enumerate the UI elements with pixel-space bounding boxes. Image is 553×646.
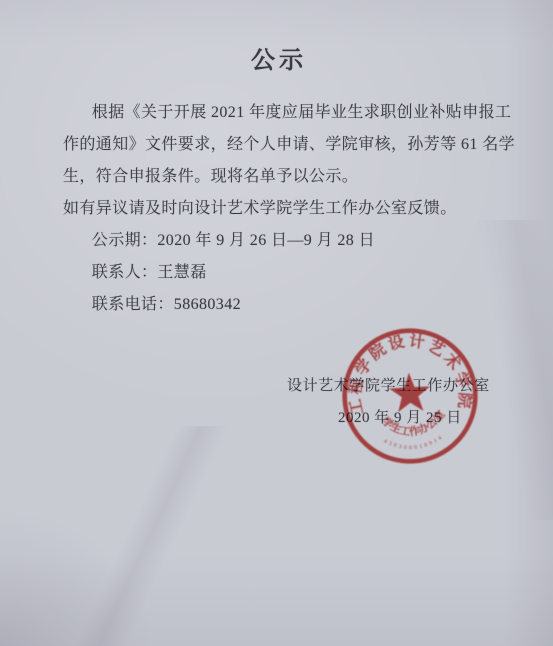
contact-phone-line: 联系电话：58680342: [63, 289, 495, 321]
paper-crease-shadow: [0, 426, 300, 646]
official-seal: 工程学院设计艺术学院 学生工作办公室 4303000109143: [336, 322, 483, 469]
svg-text:学生工作办公室: 学生工作办公室: [379, 407, 449, 440]
body-line: 生，符合申报条件。现将名单予以公示。: [63, 161, 495, 193]
notice-body: 根据《关于开展 2021 年度应届毕业生求职创业补贴申报工 作的通知》文件要求，…: [63, 97, 495, 321]
seal-star-icon: [388, 372, 431, 413]
document-photo: 公示 根据《关于开展 2021 年度应届毕业生求职创业补贴申报工 作的通知》文件…: [0, 0, 553, 646]
contact-person-line: 联系人：王慧磊: [63, 257, 495, 289]
body-line: 如有异议请及时向设计艺术学院学生工作办公室反馈。: [63, 193, 495, 225]
seal-bottom-text: 学生工作办公室: [379, 407, 449, 440]
notice-period-line: 公示期：2020 年 9 月 26 日—9 月 28 日: [63, 225, 495, 257]
notice-title: 公示: [63, 40, 495, 75]
body-line: 根据《关于开展 2021 年度应届毕业生求职创业补贴申报工: [63, 97, 495, 129]
body-line: 作的通知》文件要求，经个人申请、学院审核，孙芳等 61 名学: [63, 129, 495, 161]
notice-document: 公示 根据《关于开展 2021 年度应届毕业生求职创业补贴申报工 作的通知》文件…: [63, 40, 495, 321]
